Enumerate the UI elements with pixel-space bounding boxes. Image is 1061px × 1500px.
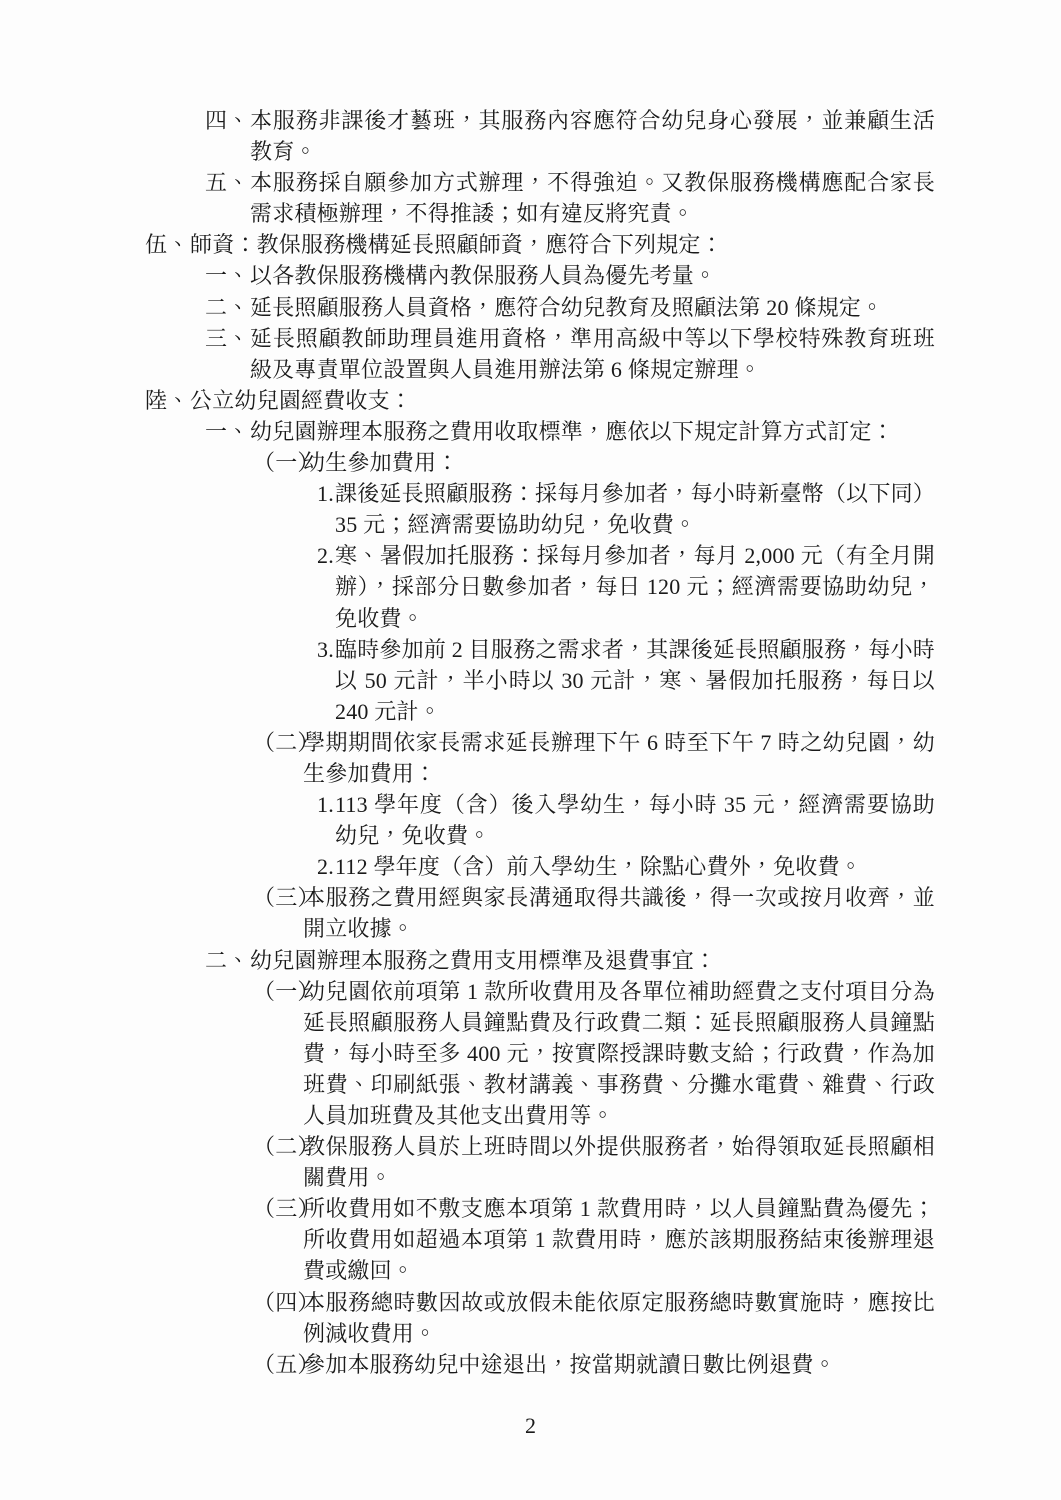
item-text: 幼兒園辦理本服務之費用支用標準及退費事宜： [250, 945, 935, 976]
item-text: 師資：教保服務機構延長照顧師資，應符合下列規定： [190, 229, 935, 260]
item-marker: （一） [253, 976, 303, 1007]
item-marker: 1. [317, 478, 335, 509]
list-item: 二、 幼兒園辦理本服務之費用支用標準及退費事宜： [205, 945, 935, 976]
item-marker: （三） [253, 882, 303, 913]
item-marker: （二） [253, 1131, 303, 1162]
list-item: （四） 本服務總時數因故或放假未能依原定服務總時數實施時，應按比例減收費用。 [253, 1287, 935, 1349]
list-item: 五、 本服務採自願參加方式辦理，不得強迫。又教保服務機構應配合家長需求積極辦理，… [205, 167, 935, 229]
item-marker: （四） [253, 1287, 303, 1318]
item-marker: 二、 [205, 945, 250, 976]
list-item: 1. 113 學年度（含）後入學幼生，每小時 35 元，經濟需要協助幼兒，免收費… [317, 789, 935, 851]
list-item: 二、 延長照顧服務人員資格，應符合幼兒教育及照顧法第 20 條規定。 [205, 292, 935, 323]
item-marker: 1. [317, 789, 335, 820]
item-text: 參加本服務幼兒中途退出，按當期就讀日數比例退費。 [303, 1349, 935, 1380]
list-item: 四、 本服務非課後才藝班，其服務內容應符合幼兒身心發展，並兼顧生活教育。 [205, 105, 935, 167]
item-text: 幼兒園辦理本服務之費用收取標準，應依以下規定計算方式訂定： [250, 416, 935, 447]
item-text: 臨時參加前 2 目服務之需求者，其課後延長照顧服務，每小時以 50 元計，半小時… [335, 634, 935, 727]
section-item: 伍、 師資：教保服務機構延長照顧師資，應符合下列規定： [145, 229, 935, 260]
item-marker: 伍、 [145, 229, 190, 260]
item-text: 所收費用如不敷支應本項第 1 款費用時，以人員鐘點費為優先；所收費用如超過本項第… [303, 1193, 935, 1286]
document-page: 四、 本服務非課後才藝班，其服務內容應符合幼兒身心發展，並兼顧生活教育。 五、 … [0, 0, 1061, 1500]
item-text: 本服務總時數因故或放假未能依原定服務總時數實施時，應按比例減收費用。 [303, 1287, 935, 1349]
item-text: 延長照顧教師助理員進用資格，準用高級中等以下學校特殊教育班班級及專責單位設置與人… [250, 323, 935, 385]
item-text: 本服務之費用經與家長溝通取得共識後，得一次或按月收齊，並開立收據。 [303, 882, 935, 944]
item-marker: （五） [253, 1349, 303, 1380]
item-marker: 2. [317, 851, 335, 882]
item-marker: 3. [317, 634, 335, 665]
list-item: 2. 112 學年度（含）前入學幼生，除點心費外，免收費。 [317, 851, 935, 882]
list-item: （二） 學期期間依家長需求延長辦理下午 6 時至下午 7 時之幼兒園，幼生參加費… [253, 727, 935, 789]
item-marker: （一） [253, 447, 303, 478]
list-item: 三、 延長照顧教師助理員進用資格，準用高級中等以下學校特殊教育班班級及專責單位設… [205, 323, 935, 385]
list-item: 一、 以各教保服務機構內教保服務人員為優先考量。 [205, 260, 935, 291]
item-marker: 三、 [205, 323, 250, 354]
list-item: 3. 臨時參加前 2 目服務之需求者，其課後延長照顧服務，每小時以 50 元計，… [317, 634, 935, 727]
item-marker: 陸、 [145, 385, 190, 416]
document-body: 四、 本服務非課後才藝班，其服務內容應符合幼兒身心發展，並兼顧生活教育。 五、 … [145, 105, 935, 1380]
item-text: 113 學年度（含）後入學幼生，每小時 35 元，經濟需要協助幼兒，免收費。 [335, 789, 935, 851]
item-marker: 一、 [205, 260, 250, 291]
list-item: 1. 課後延長照顧服務：採每月參加者，每小時新臺幣（以下同）35 元；經濟需要協… [317, 478, 935, 540]
item-marker: （二） [253, 727, 303, 758]
list-item: 2. 寒、暑假加托服務：採每月參加者，每月 2,000 元（有全月開辦），採部分… [317, 540, 935, 633]
item-text: 本服務採自願參加方式辦理，不得強迫。又教保服務機構應配合家長需求積極辦理，不得推… [250, 167, 935, 229]
section-item: 陸、 公立幼兒園經費收支： [145, 385, 935, 416]
item-text: 寒、暑假加托服務：採每月參加者，每月 2,000 元（有全月開辦），採部分日數參… [335, 540, 935, 633]
item-text: 學期期間依家長需求延長辦理下午 6 時至下午 7 時之幼兒園，幼生參加費用： [303, 727, 935, 789]
item-text: 課後延長照顧服務：採每月參加者，每小時新臺幣（以下同）35 元；經濟需要協助幼兒… [335, 478, 935, 540]
item-text: 幼生參加費用： [303, 447, 935, 478]
page-number: 2 [0, 1412, 1061, 1440]
item-text: 本服務非課後才藝班，其服務內容應符合幼兒身心發展，並兼顧生活教育。 [250, 105, 935, 167]
item-marker: 五、 [205, 167, 250, 198]
list-item: （三） 本服務之費用經與家長溝通取得共識後，得一次或按月收齊，並開立收據。 [253, 882, 935, 944]
item-text: 幼兒園依前項第 1 款所收費用及各單位補助經費之支付項目分為延長照顧服務人員鐘點… [303, 976, 935, 1131]
item-text: 公立幼兒園經費收支： [190, 385, 935, 416]
item-marker: （三） [253, 1193, 303, 1224]
item-text: 112 學年度（含）前入學幼生，除點心費外，免收費。 [335, 851, 935, 882]
list-item: 一、 幼兒園辦理本服務之費用收取標準，應依以下規定計算方式訂定： [205, 416, 935, 447]
list-item: （一） 幼生參加費用： [253, 447, 935, 478]
item-marker: 2. [317, 540, 335, 571]
list-item: （二） 教保服務人員於上班時間以外提供服務者，始得領取延長照顧相關費用。 [253, 1131, 935, 1193]
item-text: 延長照顧服務人員資格，應符合幼兒教育及照顧法第 20 條規定。 [250, 292, 935, 323]
item-text: 以各教保服務機構內教保服務人員為優先考量。 [250, 260, 935, 291]
item-marker: 二、 [205, 292, 250, 323]
item-marker: 一、 [205, 416, 250, 447]
item-text: 教保服務人員於上班時間以外提供服務者，始得領取延長照顧相關費用。 [303, 1131, 935, 1193]
list-item: （一） 幼兒園依前項第 1 款所收費用及各單位補助經費之支付項目分為延長照顧服務… [253, 976, 935, 1131]
list-item: （五） 參加本服務幼兒中途退出，按當期就讀日數比例退費。 [253, 1349, 935, 1380]
list-item: （三） 所收費用如不敷支應本項第 1 款費用時，以人員鐘點費為優先；所收費用如超… [253, 1193, 935, 1286]
item-marker: 四、 [205, 105, 250, 136]
